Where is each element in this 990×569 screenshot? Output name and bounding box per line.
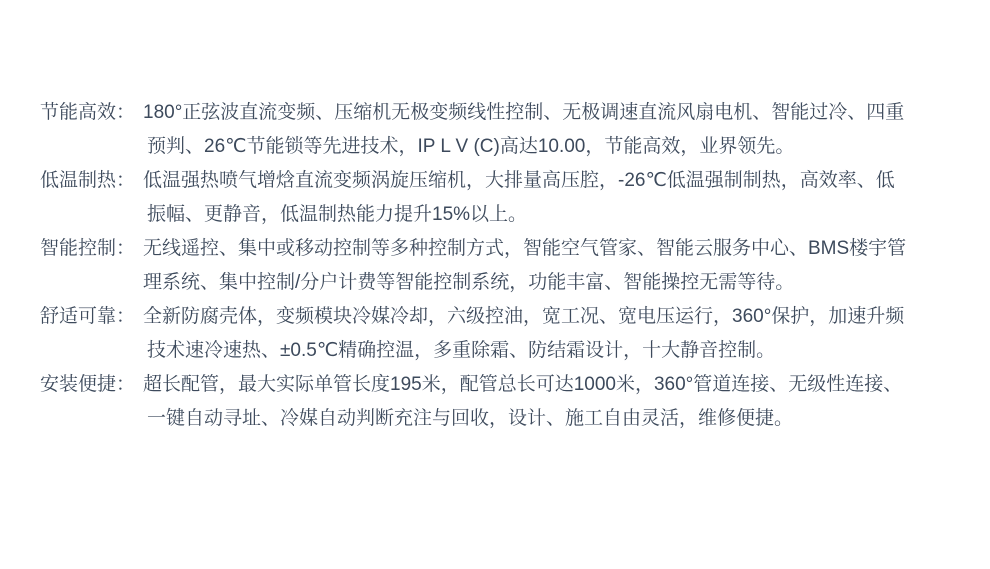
feature-row-energy-saving: 节能高效： 180°正弦波直流变频、压缩机无极变频线性控制、无极调速直流风扇电机… <box>40 96 955 164</box>
feature-line: 振幅、更静音，低温制热能力提升15%以上。 <box>143 198 955 232</box>
feature-label: 安装便捷： <box>40 368 143 402</box>
feature-text: 180°正弦波直流变频、压缩机无极变频线性控制、无极调速直流风扇电机、智能过冷、… <box>143 96 955 164</box>
product-feature-description: 节能高效： 180°正弦波直流变频、压缩机无极变频线性控制、无极调速直流风扇电机… <box>40 96 955 436</box>
feature-row-comfort-reliable: 舒适可靠： 全新防腐壳体，变频模块冷媒冷却，六级控油，宽工况、宽电压运行，360… <box>40 300 955 368</box>
feature-row-easy-install: 安装便捷： 超长配管，最大实际单管长度195米，配管总长可达1000米，360°… <box>40 368 955 436</box>
feature-text: 低温强热喷气增焓直流变频涡旋压缩机，大排量高压腔，-26℃低温强制制热，高效率、… <box>143 164 955 232</box>
feature-line: 全新防腐壳体，变频模块冷媒冷却，六级控油，宽工况、宽电压运行，360°保护，加速… <box>143 300 955 334</box>
feature-text: 全新防腐壳体，变频模块冷媒冷却，六级控油，宽工况、宽电压运行，360°保护，加速… <box>143 300 955 368</box>
feature-line: 超长配管，最大实际单管长度195米，配管总长可达1000米，360°管道连接、无… <box>143 368 955 402</box>
feature-line: 技术速冷速热、±0.5℃精确控温，多重除霜、防结霜设计，十大静音控制。 <box>143 334 955 368</box>
feature-text: 无线遥控、集中或移动控制等多种控制方式，智能空气管家、智能云服务中心、BMS楼宇… <box>143 232 955 300</box>
feature-text: 超长配管，最大实际单管长度195米，配管总长可达1000米，360°管道连接、无… <box>143 368 955 436</box>
feature-row-low-temp-heating: 低温制热： 低温强热喷气增焓直流变频涡旋压缩机，大排量高压腔，-26℃低温强制制… <box>40 164 955 232</box>
feature-label: 舒适可靠： <box>40 300 143 334</box>
feature-line: 理系统、集中控制/分户计费等智能控制系统，功能丰富、智能操控无需等待。 <box>143 266 955 300</box>
feature-label: 智能控制： <box>40 232 143 266</box>
feature-line: 一键自动寻址、冷媒自动判断充注与回收，设计、施工自由灵活，维修便捷。 <box>143 402 955 436</box>
feature-line: 预判、26℃节能锁等先进技术，IP L V (C)高达10.00，节能高效，业界… <box>143 130 955 164</box>
feature-label: 低温制热： <box>40 164 143 198</box>
feature-line: 180°正弦波直流变频、压缩机无极变频线性控制、无极调速直流风扇电机、智能过冷、… <box>143 96 955 130</box>
feature-line: 低温强热喷气增焓直流变频涡旋压缩机，大排量高压腔，-26℃低温强制制热，高效率、… <box>143 164 955 198</box>
feature-line: 无线遥控、集中或移动控制等多种控制方式，智能空气管家、智能云服务中心、BMS楼宇… <box>143 232 955 266</box>
feature-label: 节能高效： <box>40 96 143 130</box>
feature-row-smart-control: 智能控制： 无线遥控、集中或移动控制等多种控制方式，智能空气管家、智能云服务中心… <box>40 232 955 300</box>
